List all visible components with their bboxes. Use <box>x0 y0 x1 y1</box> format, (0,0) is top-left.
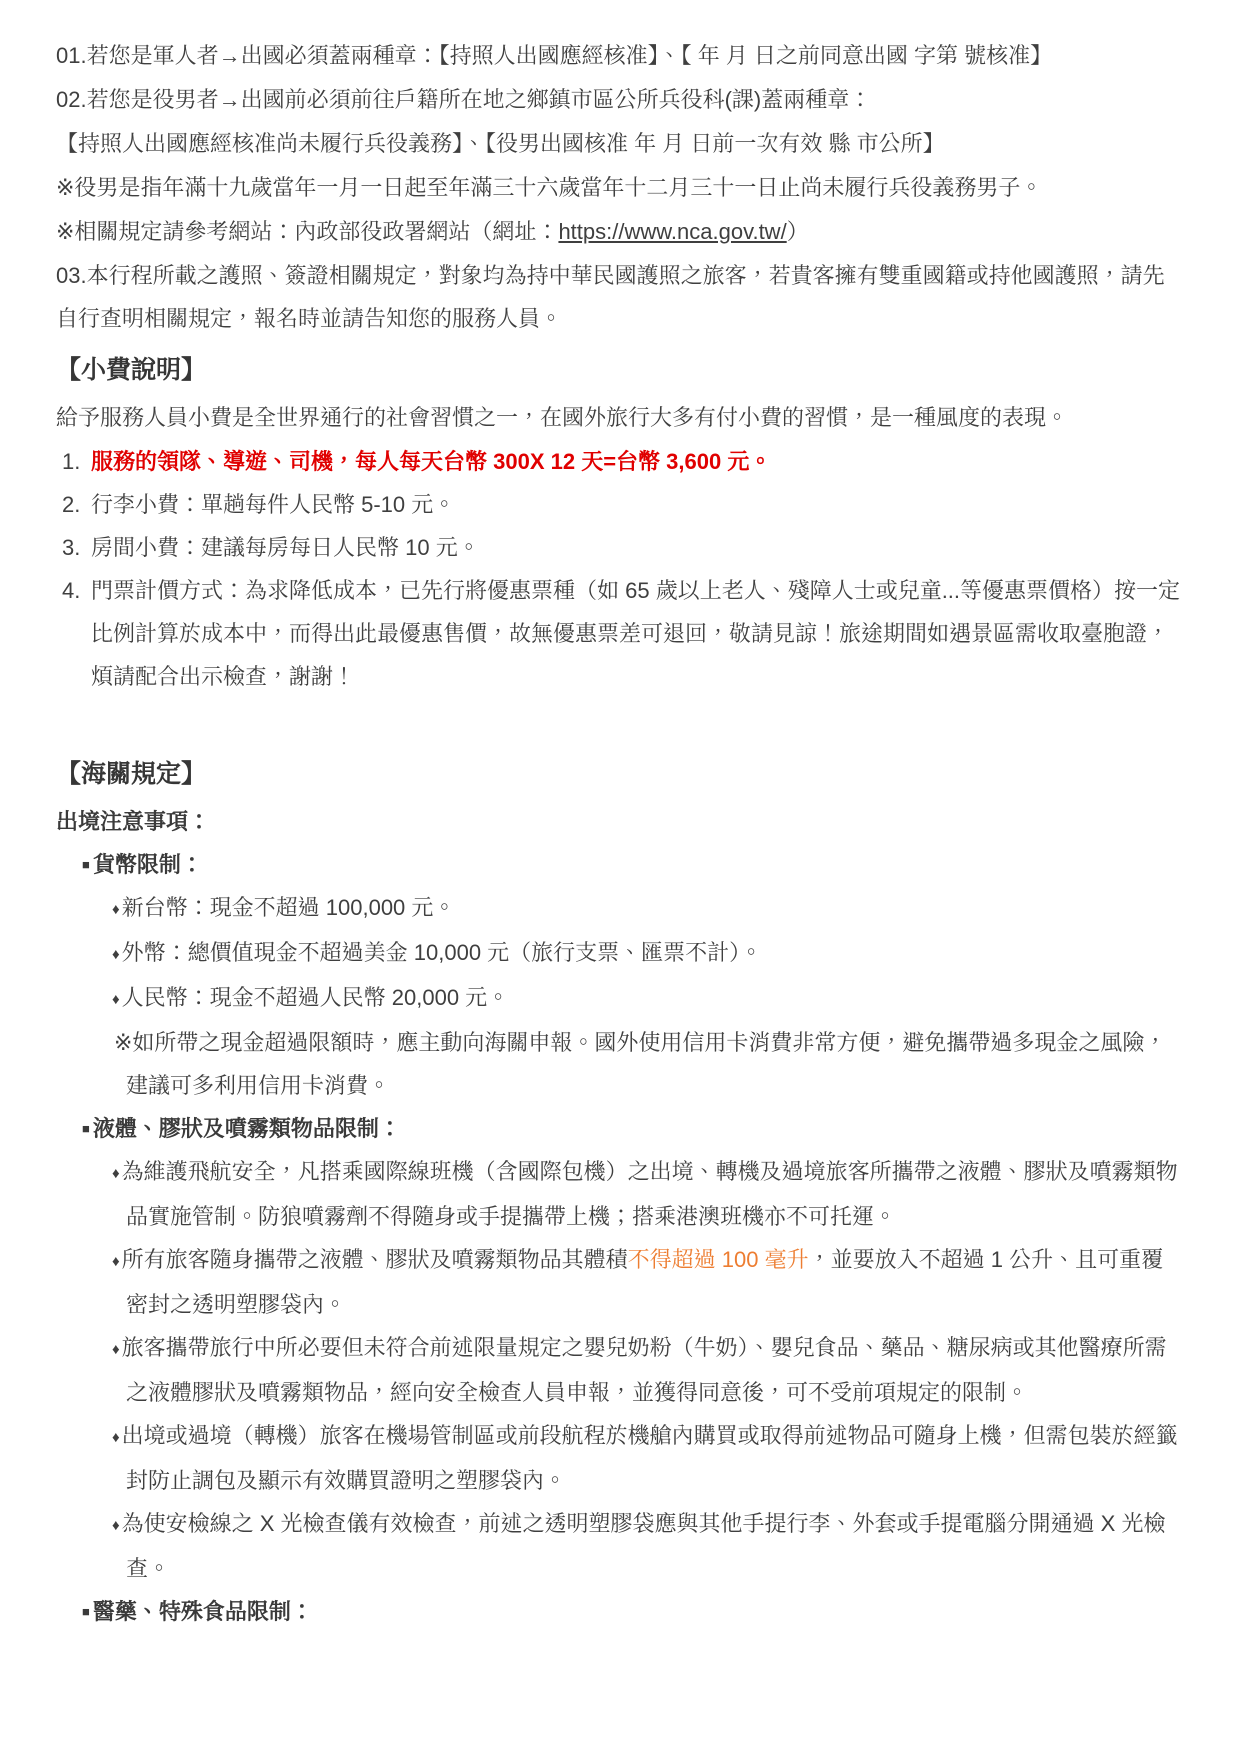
liquids-bullet-duty-free: ♦出境或過境（轉機）旅客在機場管制區或前段航程於機艙內購買或取得前述物品可隨身上… <box>56 1414 1185 1502</box>
departure-notes-subheading: 出境注意事項： <box>56 800 1185 843</box>
currency-bullet-text: 人民幣：現金不超過人民幣 20,000 元。 <box>122 985 510 1010</box>
website-note-suffix: ） <box>787 219 809 244</box>
tips-intro: 給予服務人員小費是全世界通行的社會習慣之一，在國外旅行大多有付小費的習慣，是一種… <box>56 396 1185 439</box>
website-note-prefix: ※相關規定請參考網站：內政部役政署網站（網址： <box>56 219 558 244</box>
liquids-bullet-exceptions: ♦旅客攜帶旅行中所必要但未符合前述限量規定之嬰兒奶粉（牛奶）、嬰兒食品、藥品、糖… <box>56 1326 1185 1414</box>
tip-item-number: 3. <box>62 526 91 569</box>
customs-section-heading: 【海關規定】 <box>56 750 1185 798</box>
document-page: 01.若您是軍人者→出國必須蓋兩種章：【持照人出國應經核准】、【 年 月 日之前… <box>0 0 1241 1755</box>
diamond-bullet-icon: ♦ <box>112 991 120 1008</box>
medicine-limit-title: ■醫藥、特殊食品限制： <box>56 1590 1185 1633</box>
liquids-limit-title: ■液體、膠狀及噴霧類物品限制： <box>56 1107 1185 1150</box>
tip-item-text: 房間小費：建議每房每日人民幣 10 元。 <box>91 526 1185 569</box>
paragraph-related-website: ※相關規定請參考網站：內政部役政署網站（網址：https://www.nca.g… <box>56 210 1185 253</box>
paragraph-passport-visa-note: 03.本行程所載之護照、簽證相關規定，對象均為持中華民國護照之旅客，若貴客擁有雙… <box>56 254 1185 340</box>
volume-limit-highlight: 不得超過 100 毫升 <box>628 1247 809 1272</box>
square-bullet-icon: ■ <box>82 857 90 872</box>
tip-item-number: 1. <box>62 440 91 483</box>
diamond-bullet-icon: ♦ <box>112 946 120 963</box>
paragraph-draftee-stamp-types: 【持照人出國應經核准尚未履行兵役義務】、【役男出國核准 年 月 日前一次有效 縣… <box>56 122 1185 165</box>
currency-bullet-rmb: ♦人民幣：現金不超過人民幣 20,000 元。 <box>56 976 1185 1021</box>
tip-item-text: 服務的領隊、導遊、司機，每人每天台幣 300X 12 天=台幣 3,600 元。 <box>91 440 1185 483</box>
diamond-bullet-icon: ♦ <box>112 1429 120 1446</box>
currency-declare-note: ※如所帶之現金超過限額時，應主動向海關申報。國外使用信用卡消費非常方便，避免攜帶… <box>56 1021 1185 1107</box>
paragraph-draftee-stamp: 02.若您是役男者→出國前必須前往戶籍所在地之鄉鎮市區公所兵役科(課)蓋兩種章： <box>56 78 1185 121</box>
diamond-bullet-icon: ♦ <box>112 901 120 918</box>
tip-item-text: 行李小費：單趟每件人民幣 5-10 元。 <box>91 483 1185 526</box>
square-bullet-icon: ■ <box>82 1121 90 1136</box>
liquids-bullet-flight-safety: ♦為維護飛航安全，凡搭乘國際線班機（含國際包機）之出境、轉機及過境旅客所攜帶之液… <box>56 1150 1185 1238</box>
tip-item-number: 2. <box>62 483 91 526</box>
liquids-bullet-text: 出境或過境（轉機）旅客在機場管制區或前段航程於機艙內購買或取得前述物品可隨身上機… <box>122 1423 1178 1493</box>
liquids-bullet-text-before: 所有旅客隨身攜帶之液體、膠狀及噴霧類物品其體積 <box>122 1247 628 1272</box>
paragraph-draftee-definition: ※役男是指年滿十九歲當年一月一日起至年滿三十六歲當年十二月三十一日止尚未履行兵役… <box>56 166 1185 209</box>
tip-item-tickets: 4. 門票計價方式：為求降低成本，已先行將優惠票種（如 65 歲以上老人、殘障人… <box>56 569 1185 698</box>
square-bullet-icon: ■ <box>82 1604 90 1619</box>
tip-item-guide-driver: 1. 服務的領隊、導遊、司機，每人每天台幣 300X 12 天=台幣 3,600… <box>56 440 1185 483</box>
paragraph-military-stamp: 01.若您是軍人者→出國必須蓋兩種章：【持照人出國應經核准】、【 年 月 日之前… <box>56 34 1185 77</box>
currency-limit-label: 貨幣限制： <box>93 852 203 877</box>
currency-bullet-text: 外幣：總價值現金不超過美金 10,000 元（旅行支票、匯票不計）。 <box>122 940 763 965</box>
diamond-bullet-icon: ♦ <box>112 1253 120 1270</box>
diamond-bullet-icon: ♦ <box>112 1165 120 1182</box>
currency-bullet-text: 新台幣：現金不超過 100,000 元。 <box>122 895 456 920</box>
liquids-bullet-text: 為維護飛航安全，凡搭乘國際線班機（含國際包機）之出境、轉機及過境旅客所攜帶之液體… <box>122 1159 1178 1229</box>
liquids-limit-label: 液體、膠狀及噴霧類物品限制： <box>93 1116 401 1141</box>
currency-bullet-foreign: ♦外幣：總價值現金不超過美金 10,000 元（旅行支票、匯票不計）。 <box>56 931 1185 976</box>
tip-item-luggage: 2. 行李小費：單趟每件人民幣 5-10 元。 <box>56 483 1185 526</box>
tip-item-room: 3. 房間小費：建議每房每日人民幣 10 元。 <box>56 526 1185 569</box>
liquids-bullet-volume-limit: ♦所有旅客隨身攜帶之液體、膠狀及噴霧類物品其體積不得超過 100 毫升，並要放入… <box>56 1238 1185 1326</box>
diamond-bullet-icon: ♦ <box>112 1517 120 1534</box>
diamond-bullet-icon: ♦ <box>112 1341 120 1358</box>
tips-section-heading: 【小費說明】 <box>56 346 1185 394</box>
liquids-bullet-xray: ♦為使安檢線之 X 光檢查儀有效檢查，前述之透明塑膠袋應與其他手提行李、外套或手… <box>56 1502 1185 1590</box>
currency-limit-title: ■貨幣限制： <box>56 843 1185 886</box>
currency-bullet-twd: ♦新台幣：現金不超過 100,000 元。 <box>56 886 1185 931</box>
liquids-bullet-text: 為使安檢線之 X 光檢查儀有效檢查，前述之透明塑膠袋應與其他手提行李、外套或手提… <box>122 1511 1166 1581</box>
liquids-bullet-text: 旅客攜帶旅行中所必要但未符合前述限量規定之嬰兒奶粉（牛奶）、嬰兒食品、藥品、糖尿… <box>122 1335 1167 1405</box>
tip-item-text: 門票計價方式：為求降低成本，已先行將優惠票種（如 65 歲以上老人、殘障人士或兒… <box>91 569 1185 698</box>
tip-item-number: 4. <box>62 569 91 698</box>
nca-website-link[interactable]: https://www.nca.gov.tw/ <box>558 219 786 244</box>
medicine-limit-label: 醫藥、特殊食品限制： <box>93 1599 313 1624</box>
